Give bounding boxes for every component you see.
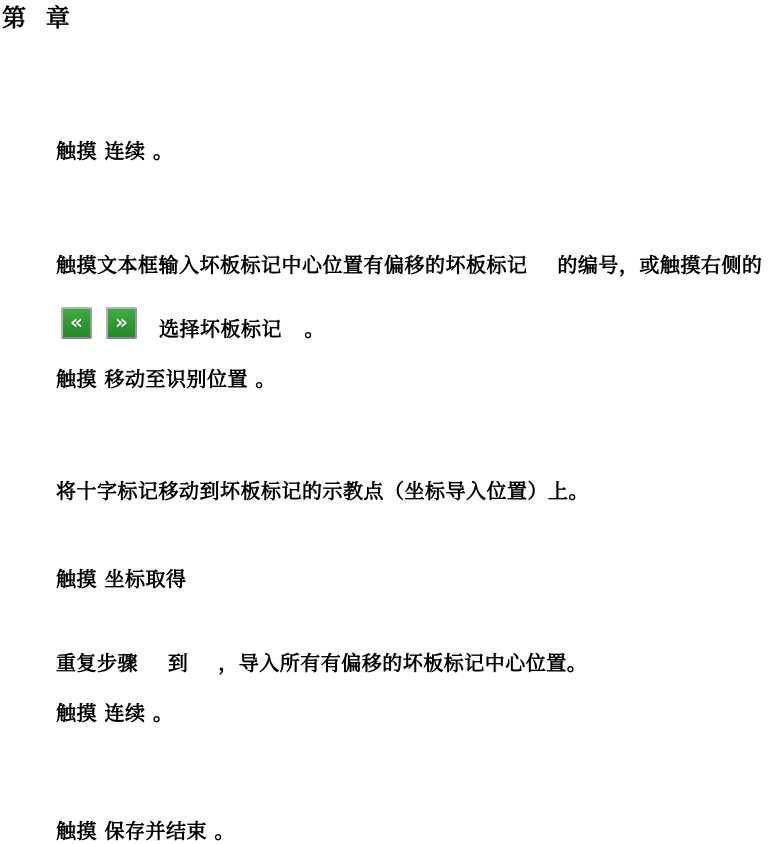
double-chevron-left-icon: « xyxy=(70,309,83,335)
step-textbox-input-mark-number: 触摸文本框输入坏板标记中心位置有偏移的坏板标记 的编号，或触摸右侧的 xyxy=(56,252,762,278)
step-select-mark-label: 选择坏板标记 。 xyxy=(159,316,325,342)
step-touch-continue-2: 触摸 连续 。 xyxy=(56,700,173,726)
step-touch-get-coordinates: 触摸 坐标取得 xyxy=(56,566,186,592)
select-prev-mark-button[interactable]: « xyxy=(61,307,92,339)
step-touch-move-to-recognition: 触摸 移动至识别位置 。 xyxy=(56,366,276,392)
step-touch-save-and-end: 触摸 保存并结束 。 xyxy=(56,818,235,844)
select-next-mark-button[interactable]: » xyxy=(106,307,137,339)
double-chevron-right-icon: » xyxy=(115,309,128,335)
step-repeat-steps: 重复步骤 到 ，导入所有有偏移的坏板标记中心位置。 xyxy=(56,650,587,676)
step-move-cross-mark: 将十字标记移动到坏板标记的示教点（坐标导入位置）上。 xyxy=(56,478,589,504)
document-page: 第 章 触摸 连续 。 触摸文本框输入坏板标记中心位置有偏移的坏板标记 的编号，… xyxy=(0,0,780,844)
step-touch-continue-1: 触摸 连续 。 xyxy=(56,138,173,164)
mark-select-button-row: « » 选择坏板标记 。 xyxy=(61,303,325,339)
chapter-heading: 第 章 xyxy=(2,4,71,32)
